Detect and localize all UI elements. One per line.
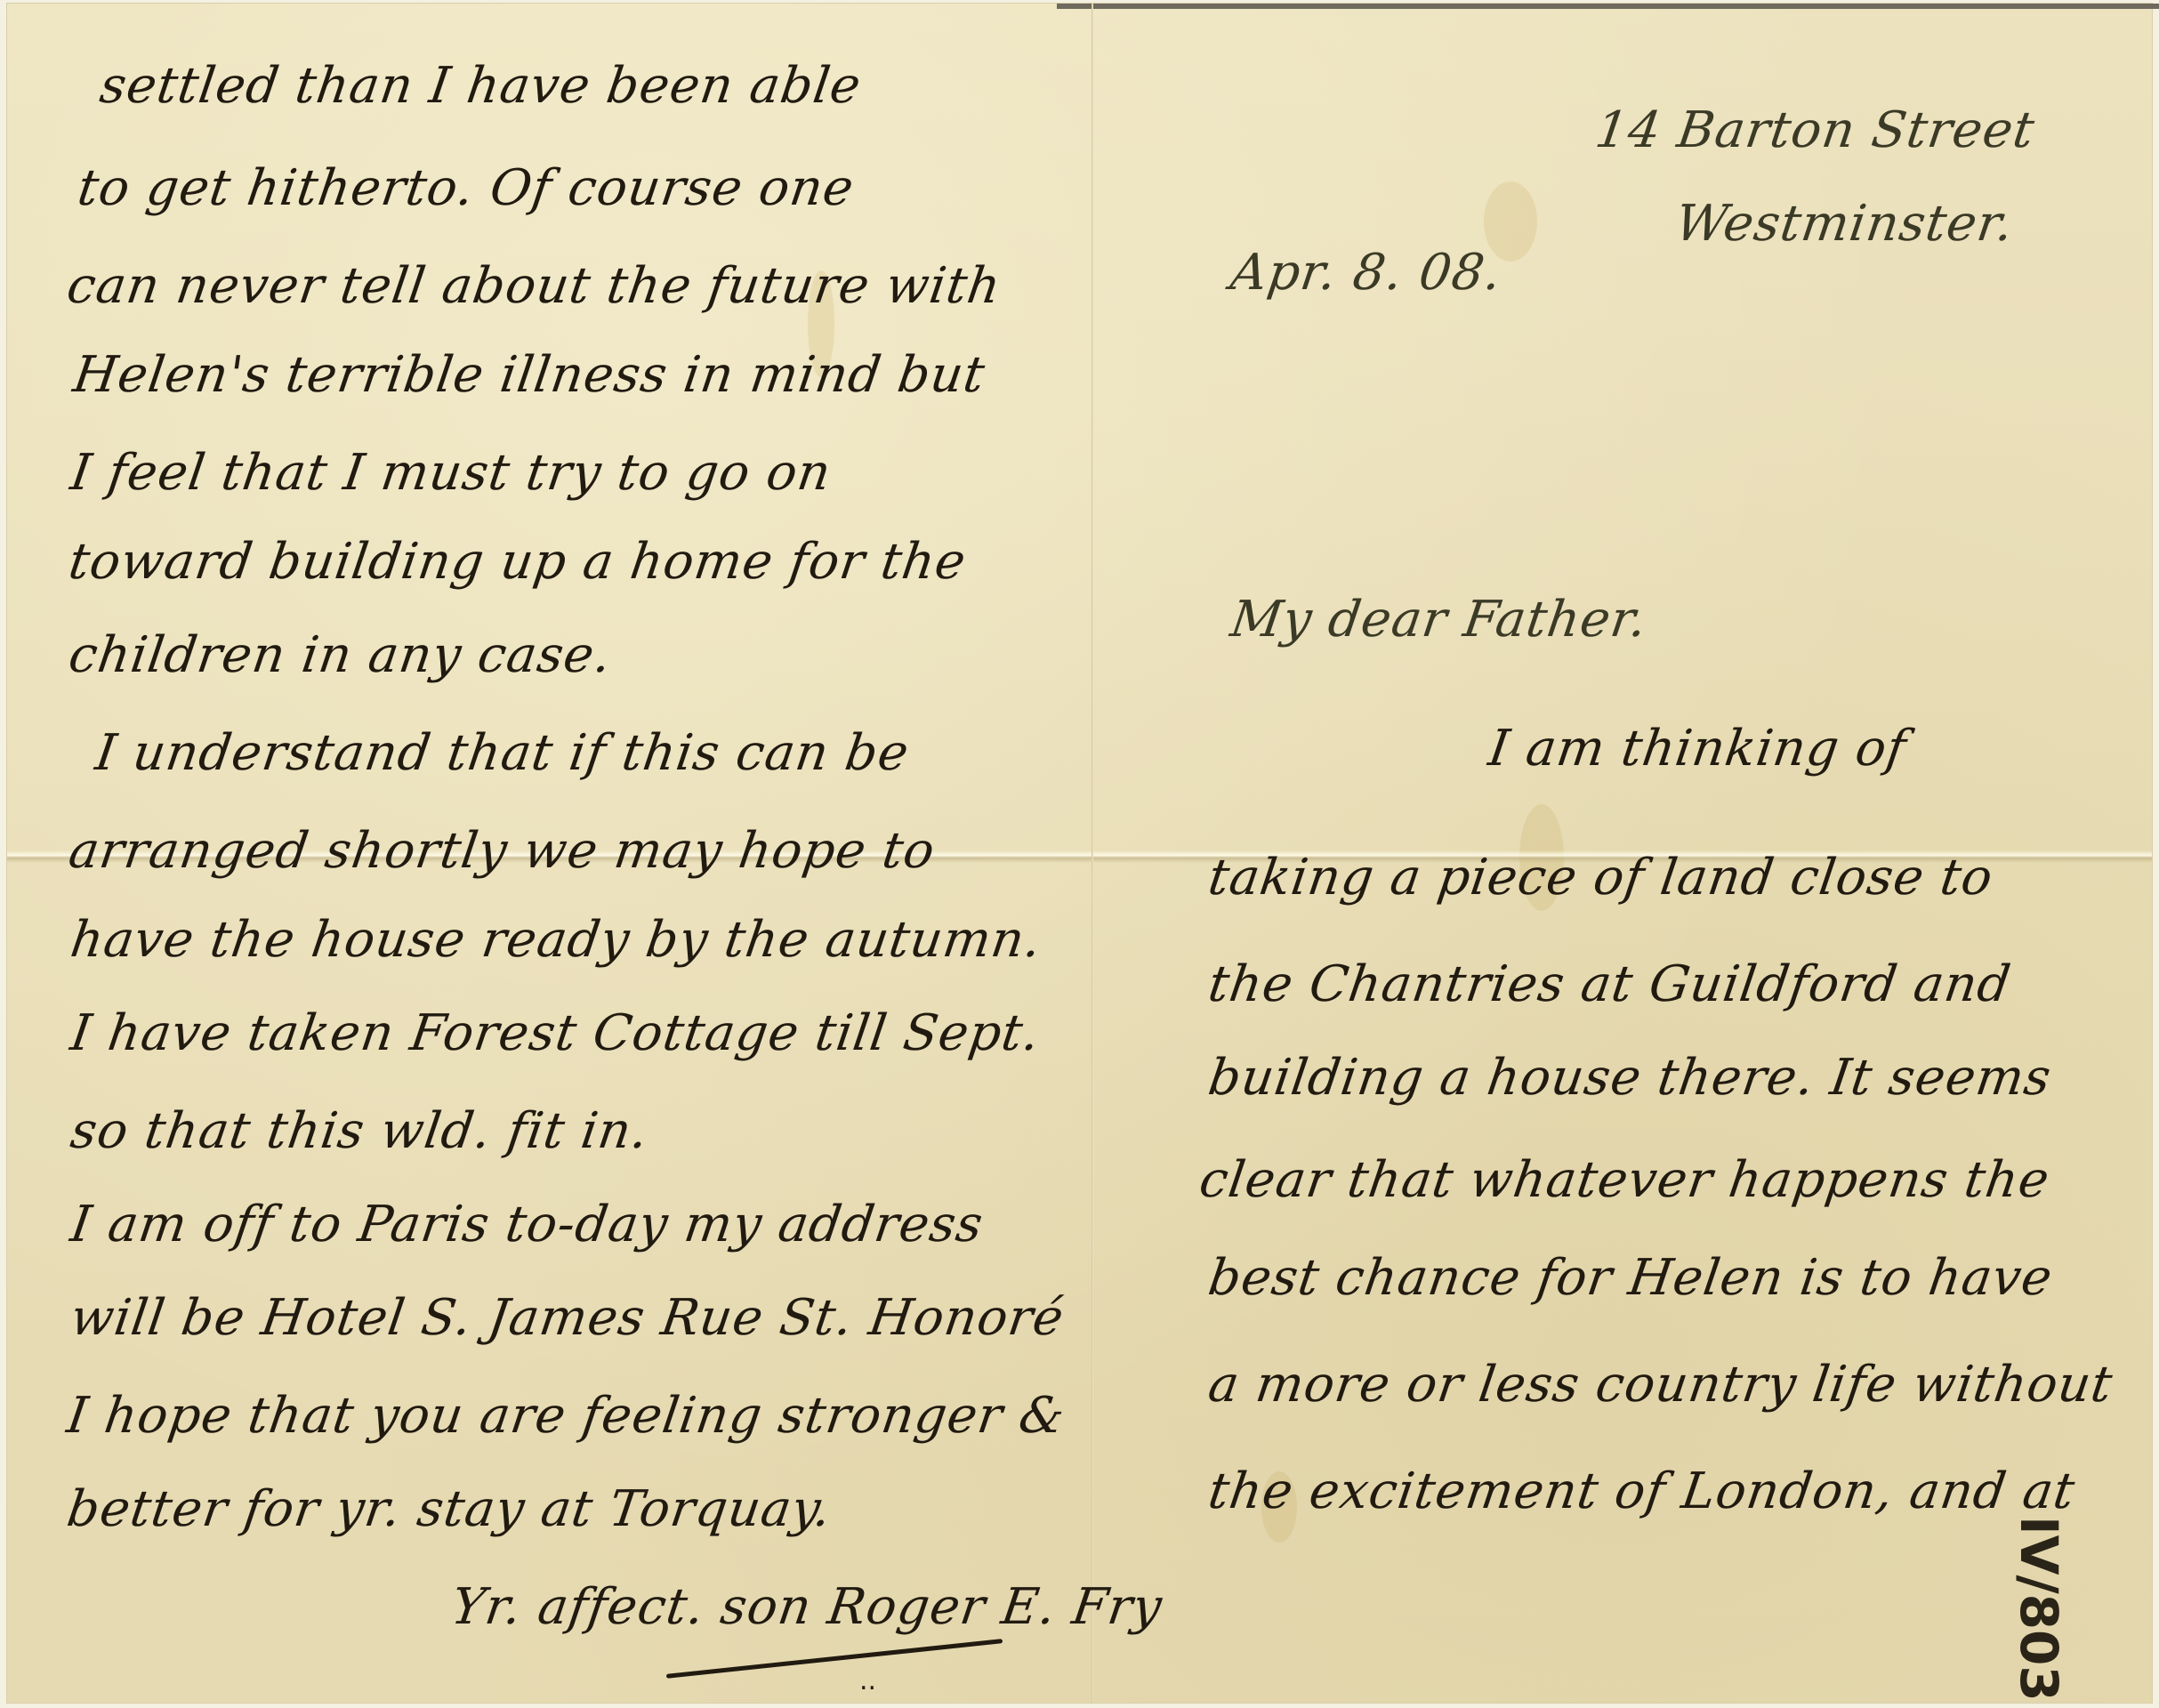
letter-line: will be Hotel S. James Rue St. Honoré <box>67 1289 1067 1347</box>
letter-line: arranged shortly we may hope to <box>65 822 939 880</box>
address-line-1: 14 Barton Street <box>1591 101 2038 159</box>
address-line-2: Westminster. <box>1672 195 2017 253</box>
archive-reference-number: IV/803 <box>2009 1516 2069 1702</box>
salutation: My dear Father. <box>1227 591 1650 649</box>
letter-line: taking a piece of land close to <box>1204 849 1996 906</box>
letter-line: I have taken Forest Cottage till Sept. <box>67 1004 1043 1062</box>
letter-line: I understand that if this can be <box>92 724 913 782</box>
signature-dots: .. <box>859 1665 876 1696</box>
letter-line: I am off to Paris to-day my address <box>67 1196 987 1253</box>
letter-line: building a house there. It seems <box>1204 1049 2055 1107</box>
letter-line: I hope that you are feeling stronger & <box>63 1387 1068 1445</box>
letter-closing-signature: Yr. affect. son Roger E. Fry <box>447 1578 1165 1636</box>
letter-line: toward building up a home for the <box>65 533 970 591</box>
letter-line: best chance for Helen is to have <box>1204 1249 2056 1307</box>
letter-date: Apr. 8. 08. <box>1227 244 1505 302</box>
right-page: 14 Barton Street Westminster. Apr. 8. 08… <box>1093 4 2152 1703</box>
letter-line: settled than I have been able <box>96 57 865 115</box>
letter-line: better for yr. stay at Torquay. <box>63 1480 834 1538</box>
signature-flourish <box>666 1639 1003 1679</box>
letter-line: to get hitherto. Of course one <box>74 159 858 217</box>
letter-line: the excitement of London, and at <box>1204 1462 2078 1520</box>
letter-line: the Chantries at Guildford and <box>1204 955 2014 1013</box>
letter-line: I am thinking of <box>1485 720 1910 777</box>
letter-line: can never tell about the future with <box>63 257 1004 315</box>
letter-sheet: settled than I have been able to get hit… <box>7 4 2152 1703</box>
letter-line: children in any case. <box>65 626 615 684</box>
left-page: settled than I have been able to get hit… <box>7 4 1092 1703</box>
letter-line: Helen's terrible illness in mind but <box>69 346 988 404</box>
letter-line: a more or less country life without <box>1204 1356 2116 1414</box>
letter-line: clear that whatever happens the <box>1196 1151 2053 1209</box>
letter-line: have the house ready by the autumn. <box>67 911 1045 969</box>
letter-line: I feel that I must try to go on <box>67 444 834 502</box>
letter-line: so that this wld. fit in. <box>67 1102 652 1160</box>
